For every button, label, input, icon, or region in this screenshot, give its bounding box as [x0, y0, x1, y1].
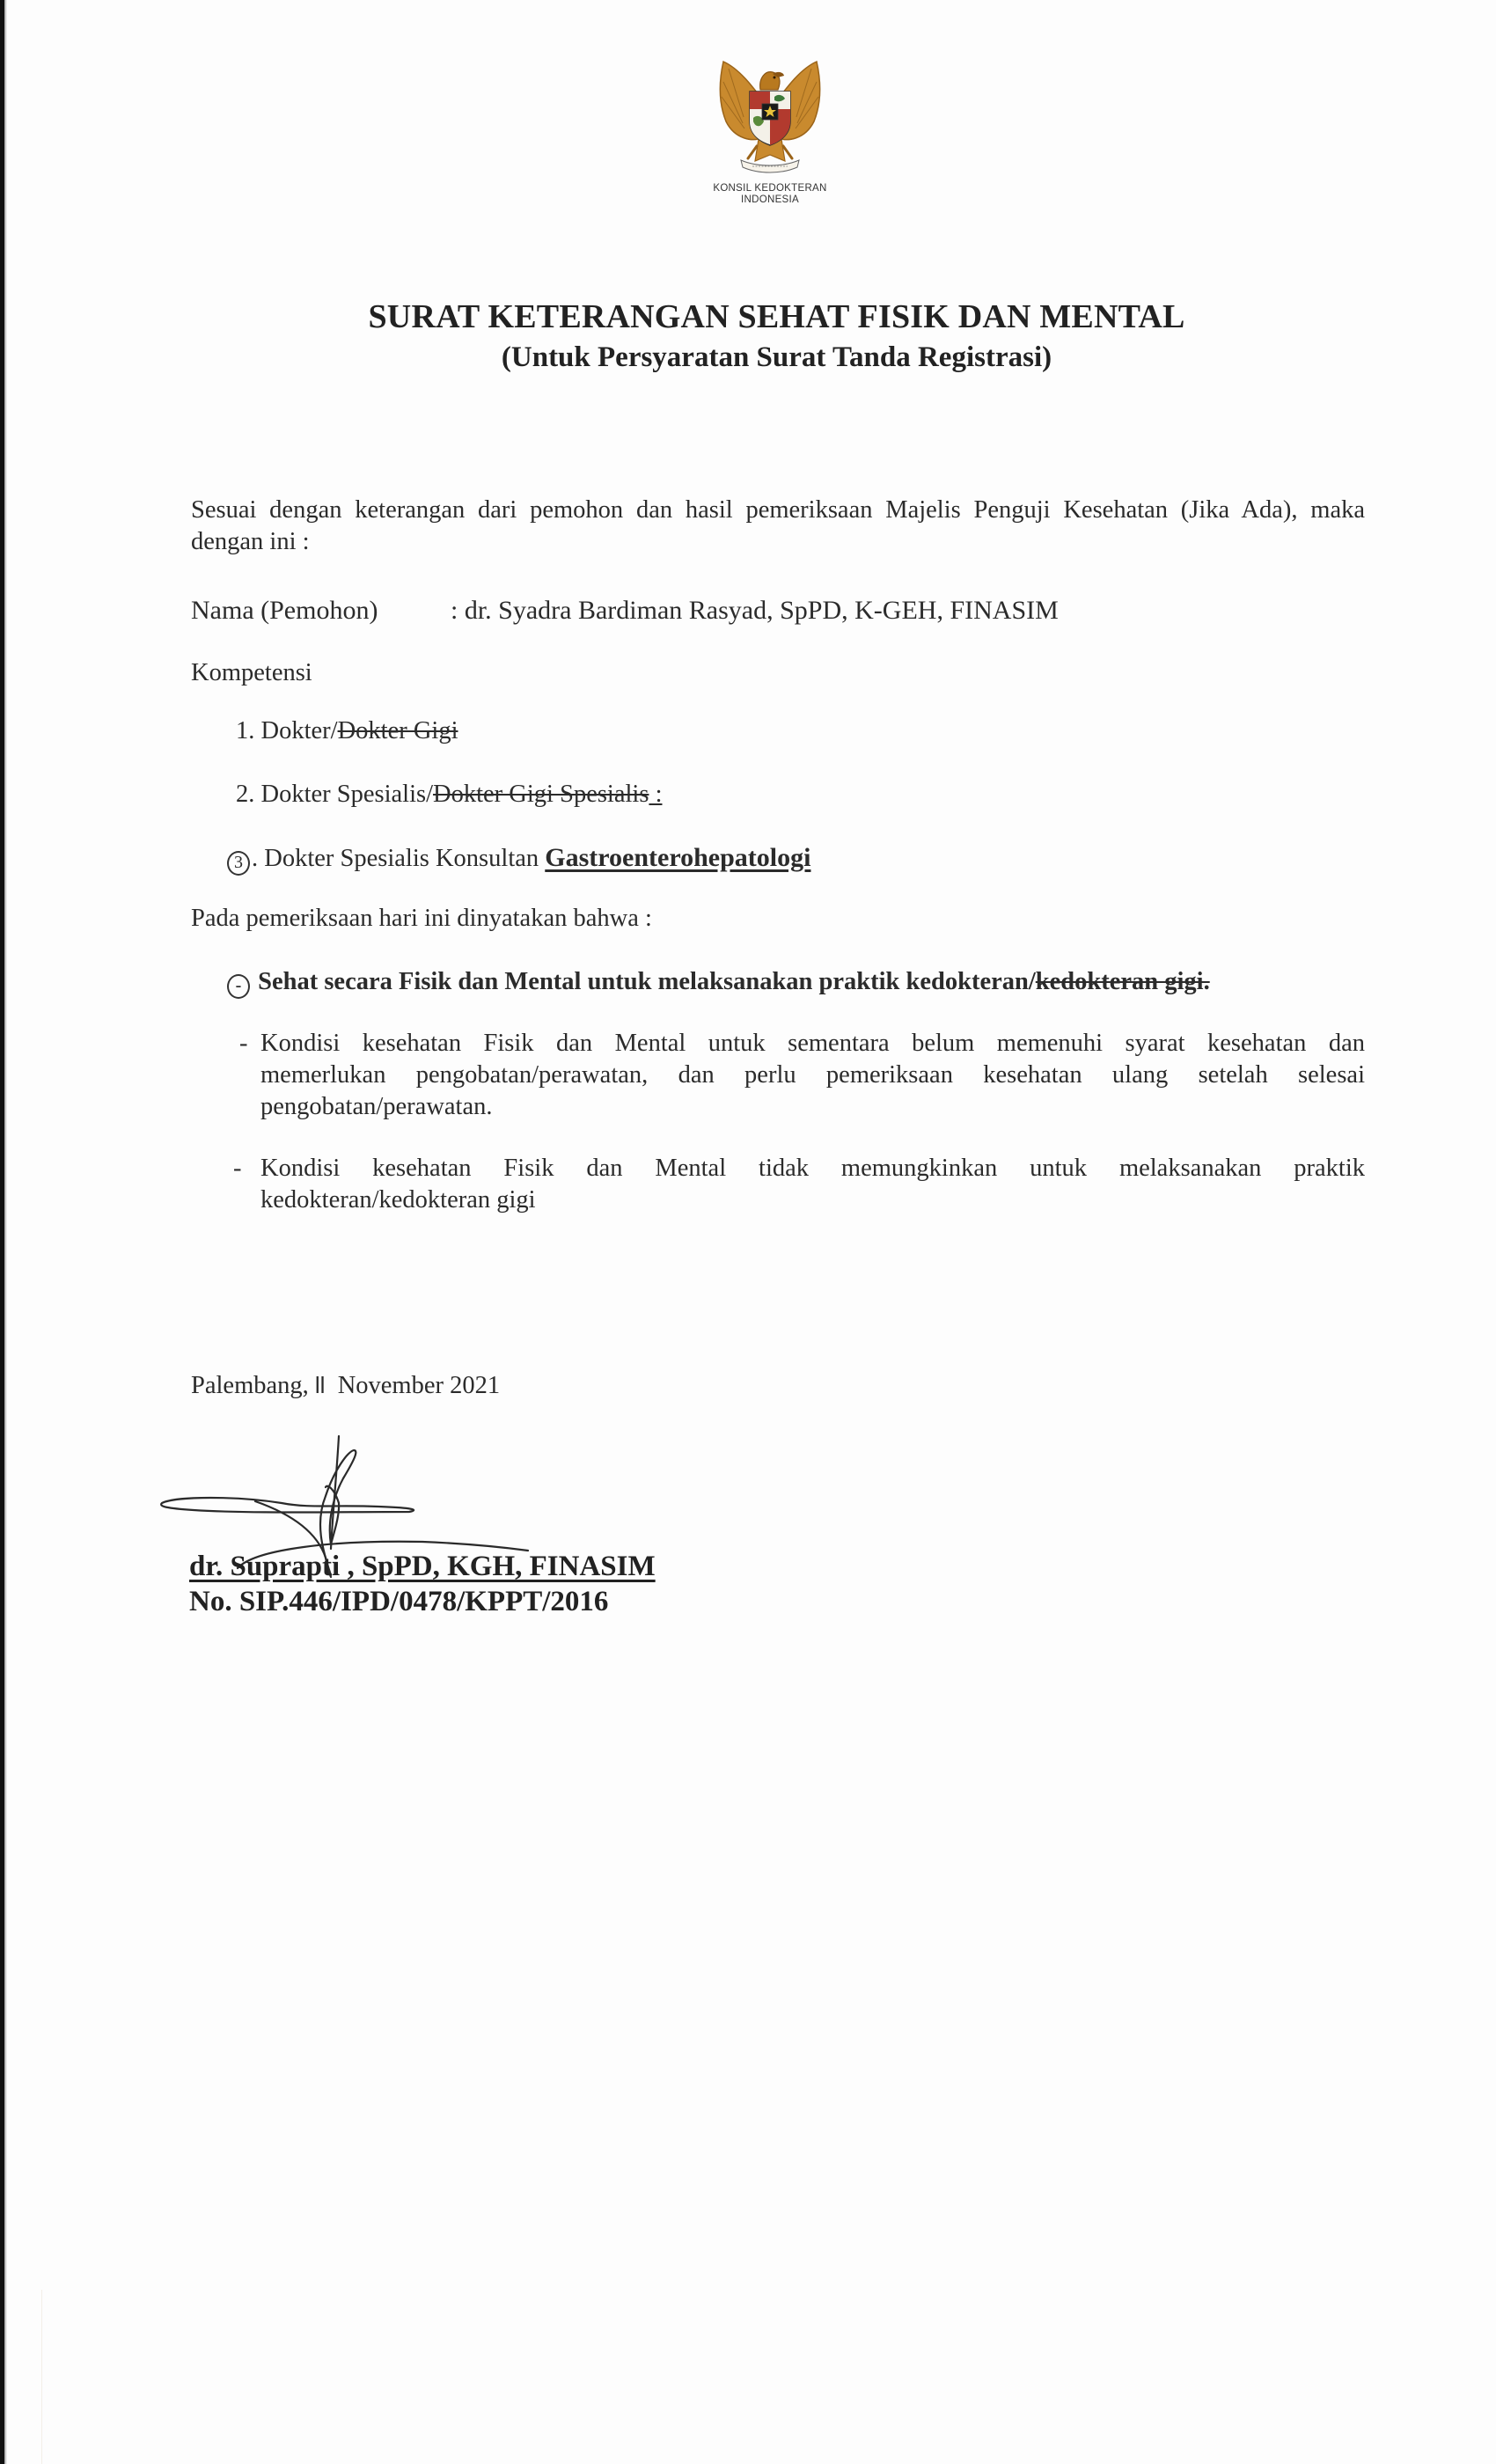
- competence-item-2: 2. Dokter Spesialis/Dokter Gigi Spesiali…: [236, 779, 662, 810]
- signer-name: dr. Suprapti , SpPD, KGH, FINASIM: [189, 1551, 656, 1583]
- exam-option-healthy: - Sehat secara Fisik dan Mental untuk me…: [227, 966, 1210, 999]
- garuda-emblem-icon: [704, 51, 836, 183]
- competence-item-1: 1. Dokter/Dokter Gigi: [236, 715, 458, 747]
- applicant-label: Nama (Pemohon): [191, 595, 378, 627]
- signer-license-number: No. SIP.446/IPD/0478/KPPT/2016: [189, 1586, 608, 1618]
- handwritten-day: ll: [315, 1372, 326, 1398]
- place: Palembang,: [191, 1372, 309, 1399]
- competence-item-1-text: Dokter/: [261, 717, 338, 744]
- month-year: November 2021: [338, 1372, 500, 1399]
- competence-item-3-text: . Dokter Spesialis Konsultan: [252, 845, 545, 872]
- applicant-name: dr. Syadra Bardiman Rasyad, SpPD, K-GEH,…: [465, 596, 1059, 625]
- exam-option-unfit-line-1: Kondisi kesehatan Fisik dan Mental tidak…: [260, 1153, 1365, 1184]
- examination-heading: Pada pemeriksaan hari ini dinyatakan bah…: [191, 903, 652, 935]
- intro-line-2: dengan ini :: [191, 526, 1365, 558]
- document-subtitle: (Untuk Persyaratan Surat Tanda Registras…: [0, 341, 1496, 374]
- exam-option-healthy-text: Sehat secara Fisik dan Mental untuk mela…: [258, 968, 1036, 995]
- competence-item-2-text: Dokter Spesialis/: [261, 781, 434, 808]
- exam-option-temporary-line-1: Kondisi kesehatan Fisik dan Mental untuk…: [260, 1028, 1365, 1060]
- applicant-value-row: : dr. Syadra Bardiman Rasyad, SpPD, K-GE…: [451, 595, 1059, 627]
- scan-artifact-line: [41, 2290, 42, 2464]
- competence-item-2-number: 2.: [236, 781, 254, 808]
- competence-item-2-struck: Dokter Gigi Spesialis: [433, 781, 649, 808]
- place-date: Palembang, ll November 2021: [191, 1369, 500, 1402]
- competence-item-2-suffix: :: [649, 781, 662, 808]
- selected-option-circle-icon: -: [227, 974, 250, 999]
- exam-option-unfit-line-2: kedokteran/kedokteran gigi: [260, 1184, 1365, 1216]
- exam-option-2-marker: -: [239, 1028, 248, 1060]
- exam-option-healthy-struck: kedokteran gigi.: [1036, 968, 1210, 995]
- exam-option-3-marker: -: [233, 1153, 242, 1184]
- competence-specialty: Gastroenterohepatologi: [545, 843, 810, 872]
- intro-line-1: Sesuai dengan keterangan dari pemohon da…: [191, 495, 1365, 526]
- exam-option-temporary: Kondisi kesehatan Fisik dan Mental untuk…: [260, 1028, 1365, 1123]
- competence-item-3: 3. Dokter Spesialis Konsultan Gastroente…: [227, 842, 810, 876]
- exam-option-temporary-line-3: pengobatan/perawatan.: [260, 1091, 1365, 1123]
- circled-number-mark-icon: 3: [227, 851, 250, 876]
- emblem-caption-line1: KONSIL KEDOKTERAN: [678, 183, 862, 194]
- competence-item-1-struck: Dokter Gigi: [338, 717, 458, 744]
- exam-option-temporary-line-2: memerlukan pengobatan/perawatan, dan per…: [260, 1060, 1365, 1091]
- applicant-separator: :: [451, 596, 458, 625]
- emblem-caption: KONSIL KEDOKTERAN INDONESIA: [678, 183, 862, 206]
- competence-heading: Kompetensi: [191, 657, 312, 689]
- competence-item-1-number: 1.: [236, 717, 254, 744]
- document-title: SURAT KETERANGAN SEHAT FISIK DAN MENTAL: [0, 297, 1496, 336]
- emblem-caption-line2: INDONESIA: [678, 194, 862, 206]
- intro-paragraph: Sesuai dengan keterangan dari pemohon da…: [191, 495, 1365, 558]
- exam-option-unfit: Kondisi kesehatan Fisik dan Mental tidak…: [260, 1153, 1365, 1216]
